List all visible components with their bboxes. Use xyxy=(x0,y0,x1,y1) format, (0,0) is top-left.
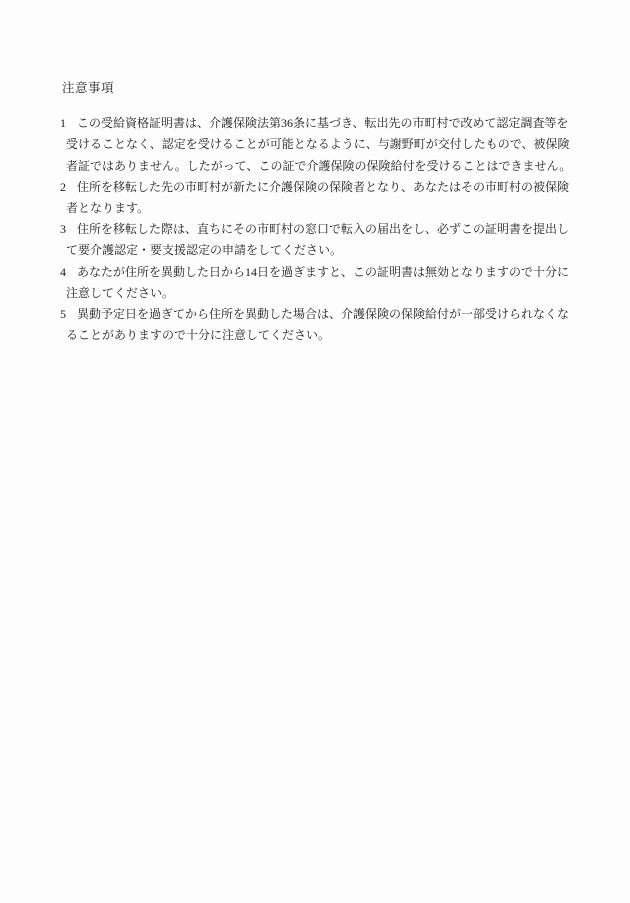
note-item-1: 1この受給資格証明書は、介護保険法第36条に基づき、転出先の市町村で改めて認定調… xyxy=(60,113,572,177)
note-item-4: 4あなたが住所を異動した日から14日を過ぎますと、この証明書は無効となりますので… xyxy=(60,262,572,304)
item-line: 者となります。 xyxy=(66,198,572,219)
item-number: 4 xyxy=(60,262,77,283)
item-text: 住所を移転した先の市町村が新たに介護保険の保険者となり、あなたはその市町村の被保… xyxy=(77,180,569,194)
item-line: 注意してください。 xyxy=(66,283,572,304)
item-line: 1この受給資格証明書は、介護保険法第36条に基づき、転出先の市町村で改めて認定調… xyxy=(60,113,572,134)
item-line: 受けることなく、認定を受けることが可能となるように、与謝野町が交付したもので、被… xyxy=(66,134,572,155)
item-number: 5 xyxy=(60,304,77,325)
notes-heading: 注意事項 xyxy=(62,78,572,99)
item-text: 住所を移転した際は、直ちにその市町村の窓口で転入の届出をし、必ずこの証明書を提出… xyxy=(77,222,569,236)
item-number: 3 xyxy=(60,219,77,240)
item-number: 1 xyxy=(60,113,77,134)
item-text: あなたが住所を異動した日から14日を過ぎますと、この証明書は無効となりますので十… xyxy=(77,265,569,279)
item-line: 5異動予定日を過ぎてから住所を異動した場合は、介護保険の保険給付が一部受けられな… xyxy=(60,304,572,325)
item-text: この受給資格証明書は、介護保険法第36条に基づき、転出先の市町村で改めて認定調査… xyxy=(77,116,569,130)
notes-list: 1この受給資格証明書は、介護保険法第36条に基づき、転出先の市町村で改めて認定調… xyxy=(60,113,572,346)
item-line: 者証ではありません。したがって、この証で介護保険の保険給付を受けることはできませ… xyxy=(66,156,572,177)
document-content: 注意事項 1この受給資格証明書は、介護保険法第36条に基づき、転出先の市町村で改… xyxy=(60,78,572,346)
note-item-2: 2住所を移転した先の市町村が新たに介護保険の保険者となり、あなたはその市町村の被… xyxy=(60,177,572,219)
item-line: て要介護認定・要支援認定の申請をしてください。 xyxy=(66,240,572,261)
item-number: 2 xyxy=(60,177,77,198)
item-line: 3住所を移転した際は、直ちにその市町村の窓口で転入の届出をし、必ずこの証明書を提… xyxy=(60,219,572,240)
item-line: 2住所を移転した先の市町村が新たに介護保険の保険者となり、あなたはその市町村の被… xyxy=(60,177,572,198)
document-page: 注意事項 1この受給資格証明書は、介護保険法第36条に基づき、転出先の市町村で改… xyxy=(0,0,630,903)
note-item-5: 5異動予定日を過ぎてから住所を異動した場合は、介護保険の保険給付が一部受けられな… xyxy=(60,304,572,346)
note-item-3: 3住所を移転した際は、直ちにその市町村の窓口で転入の届出をし、必ずこの証明書を提… xyxy=(60,219,572,261)
item-line: ることがありますので十分に注意してください。 xyxy=(66,325,572,346)
item-text: 異動予定日を過ぎてから住所を異動した場合は、介護保険の保険給付が一部受けられなく… xyxy=(77,307,569,321)
item-line: 4あなたが住所を異動した日から14日を過ぎますと、この証明書は無効となりますので… xyxy=(60,262,572,283)
